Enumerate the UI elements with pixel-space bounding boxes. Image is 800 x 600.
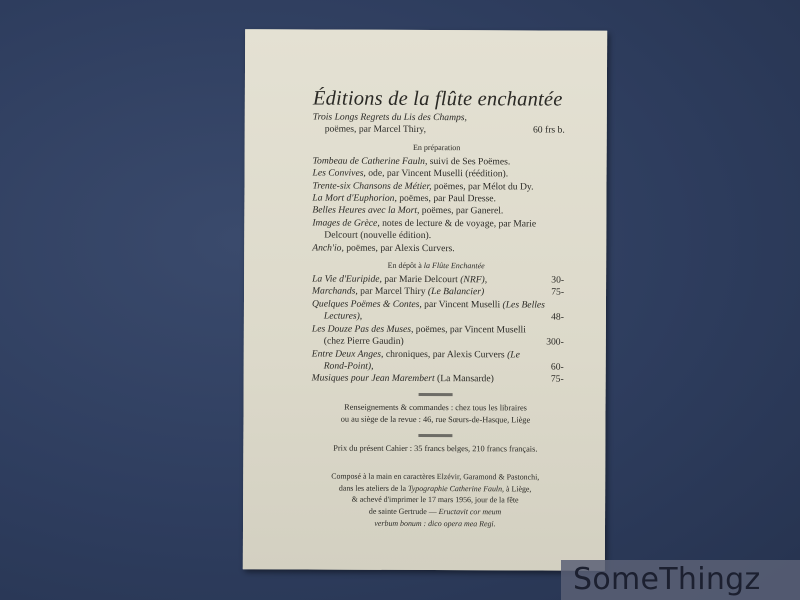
item-price: 48- — [551, 312, 564, 324]
list-item: Anch'io, poëmes, par Alexis Curvers. — [312, 242, 560, 255]
divider — [419, 393, 453, 396]
list-item: Les Convives, ode, par Vincent Muselli (… — [313, 168, 561, 181]
on-deposit-list: La Vie d'Euripide, par Marie Delcourt (N… — [312, 274, 560, 387]
list-item-continuation: Rond-Point),60- — [312, 360, 560, 373]
list-item: Belles Heures avec la Mort, poëmes, par … — [312, 205, 560, 218]
publisher-title: Éditions de la flûte enchantée — [313, 88, 561, 112]
featured-title-line: Trois Longs Regrets du Lis des Champs, — [313, 112, 561, 125]
item-price: 75- — [551, 287, 564, 299]
list-item: La Mort d'Euphorion, poëmes, par Paul Dr… — [312, 193, 560, 206]
list-item: Trente-six Chansons de Métier, poëmes, p… — [312, 180, 560, 193]
in-preparation-list: Tombeau de Catherine Fauln, suivi de Ses… — [312, 155, 560, 255]
orders-line-2: ou au siège de la revue : 46, rue Sœurs-… — [311, 414, 559, 428]
list-item: Quelques Poëmes & Contes, par Vincent Mu… — [312, 298, 560, 311]
in-preparation-heading: En préparation — [313, 142, 561, 152]
cover-text: Éditions de la flûte enchantée Trois Lon… — [311, 88, 561, 530]
list-item: Tombeau de Catherine Fauln, suivi de Ses… — [313, 155, 561, 168]
list-item: Images de Grèce, notes de lecture & de v… — [312, 217, 560, 230]
price-line: Prix du présent Cahier : 35 francs belge… — [311, 442, 559, 456]
item-price: 60- — [551, 361, 564, 373]
featured-price: 60 frs b. — [533, 125, 565, 138]
orders-line-1: Renseignements & commandes : chez tous l… — [312, 401, 560, 415]
list-item: Les Douze Pas des Muses, poëmes, par Vin… — [312, 323, 560, 336]
on-deposit-heading: En dépôt à la Flûte Enchantée — [312, 261, 560, 271]
divider — [418, 434, 452, 437]
somethingz-watermark-logo: SomeThingz — [561, 560, 800, 600]
item-price: 30- — [551, 275, 564, 287]
item-price: 300- — [546, 337, 564, 349]
list-item: Entre Deux Anges, chroniques, par Alexis… — [312, 348, 560, 361]
list-item: La Vie d'Euripide, par Marie Delcourt (N… — [312, 274, 560, 287]
list-item-continuation: Delcourt (nouvelle édition). — [312, 230, 560, 243]
list-item: Musiques pour Jean Marembert (La Mansard… — [312, 373, 560, 386]
featured-detail-line: poëmes, par Marcel Thiry,60 frs b. — [313, 124, 561, 137]
booklet-back-cover: Éditions de la flûte enchantée Trois Lon… — [243, 29, 607, 571]
list-item: Marchands, par Marcel Thiry (Le Balancie… — [312, 286, 560, 299]
colophon: Composé à la main en caractères Elzévir,… — [311, 471, 559, 530]
list-item-continuation: Lectures),48- — [312, 311, 560, 324]
list-item-continuation: (chez Pierre Gaudin)300- — [312, 336, 560, 349]
item-price: 75- — [551, 374, 564, 386]
